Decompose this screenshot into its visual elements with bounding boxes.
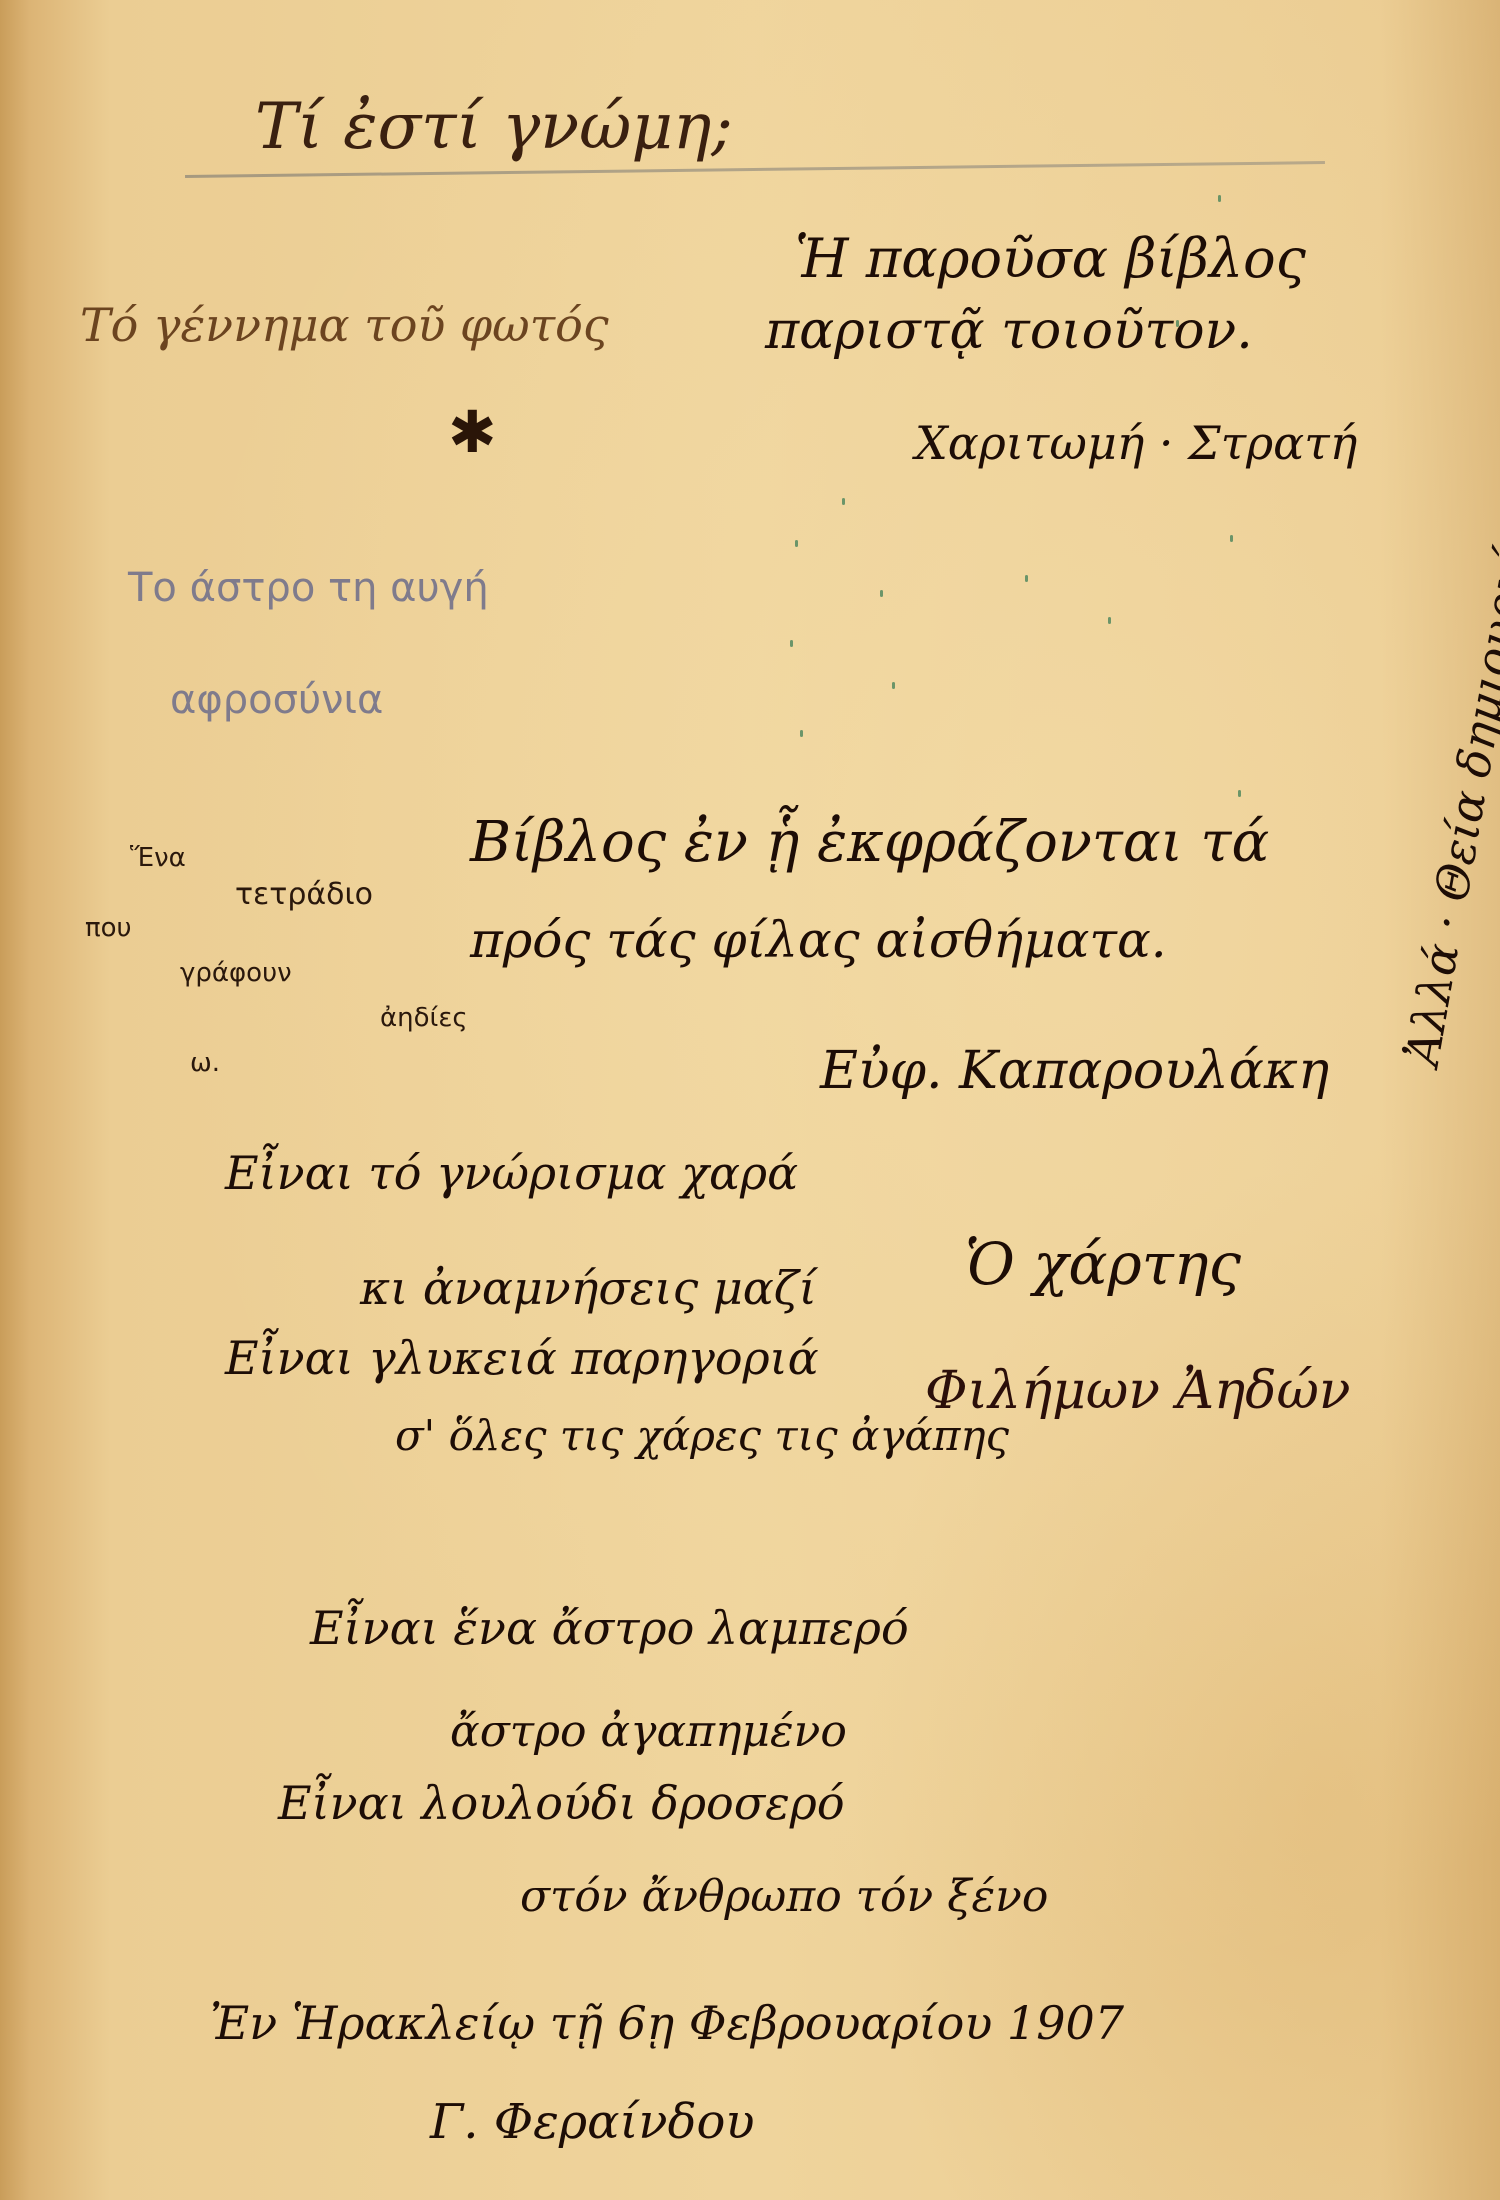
ink-speck xyxy=(1238,790,1241,797)
ink-speck xyxy=(795,540,798,547)
main-line-1: Βίβλος ἐν ᾗ ἐκφράζονται τά xyxy=(470,815,1269,871)
top-right-line-1: Ἡ παροῦσα βίβλος xyxy=(795,232,1306,286)
heading: Τί ἐστί γνώμη; xyxy=(255,95,733,159)
main-signature: Εὐφ. Καπαρουλάκη xyxy=(820,1045,1329,1097)
star-icon: ✱ xyxy=(448,398,497,466)
ink-speck xyxy=(790,640,793,647)
poem2-line-2: ἄστρο ἀγαπημένο xyxy=(450,1710,847,1754)
poem2-line-3: Εἶναι λουλούδι δροσερό xyxy=(278,1780,845,1826)
ink-speck xyxy=(892,682,895,689)
ink-speck xyxy=(1230,535,1233,542)
margin-note-word: που xyxy=(85,915,132,941)
poem2-line-1: Εἶναι ἕνα ἄστρο λαμπερό xyxy=(310,1605,909,1651)
poem1-line-4: σ' ὅλες τις χάρες τις ἀγάπης xyxy=(395,1415,1009,1457)
poem2-line-4: στόν ἄνθρωπο τόν ξένο xyxy=(520,1875,1048,1919)
margin-note-word: ἀηδίες xyxy=(380,1005,468,1031)
ink-speck xyxy=(880,590,883,597)
top-right-signature: Χαριτωμή · Στρατή xyxy=(915,420,1357,466)
closing-date: Ἐν Ἡρακλείῳ τῇ 6ῃ Φεβρουαρίου 1907 xyxy=(210,2000,1124,2046)
ink-speck xyxy=(1025,575,1028,582)
sig-right-line-1: Ὁ χάρτης xyxy=(965,1235,1241,1293)
margin-note-word: γράφουν xyxy=(180,960,292,986)
poem1-line-1: Εἶναι τό γνώρισμα χαρά xyxy=(225,1150,798,1196)
ink-speck xyxy=(1218,195,1221,202)
top-right-line-2: παριστᾷ τοιοῦτον. xyxy=(765,305,1253,357)
vertical-right-text: Ἀλλά · Θεία δημιουργία xyxy=(1395,513,1500,1069)
main-line-2: πρός τάς φίλας αἰσθήματα. xyxy=(470,915,1167,965)
margin-note-word: ω. xyxy=(190,1050,220,1076)
poem1-line-2: κι ἀναμνήσεις μαζί xyxy=(360,1265,817,1311)
closing-signature: Γ. Φεραίνδου xyxy=(430,2098,755,2146)
brown-left-line: Τό γέννημα τοῦ φωτός xyxy=(80,302,609,348)
margin-note-word: Ἕνα xyxy=(130,845,186,871)
ink-speck xyxy=(1108,617,1111,624)
pencil-line-1: Το άστρο τη αυγή xyxy=(128,568,489,608)
poem1-line-3: Εἶναι γλυκειά παρηγοριά xyxy=(225,1335,819,1381)
manuscript-page: Τί ἐστί γνώμη; Τό γέννημα τοῦ φωτός Ἡ πα… xyxy=(0,0,1500,2200)
ink-speck xyxy=(800,730,803,737)
margin-note-word: τετράδιο xyxy=(235,880,373,910)
pencil-line-2: αφροσύνια xyxy=(170,680,383,720)
ink-speck xyxy=(842,498,845,505)
sig-right-line-2: Φιλήμων Ἀηδών xyxy=(925,1365,1351,1417)
